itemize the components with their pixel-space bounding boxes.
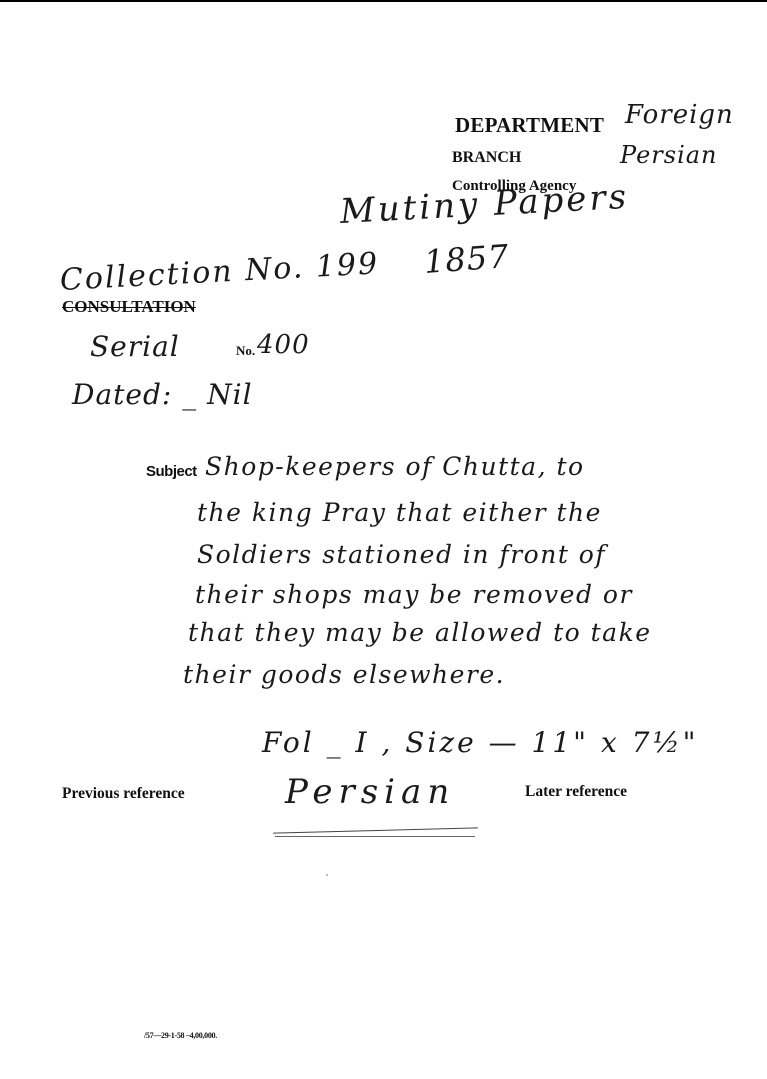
- scan-speck: [326, 874, 328, 876]
- folio-size: Fol _ I , Size — 11" x 7½": [262, 726, 698, 759]
- department-value: Foreign: [625, 100, 734, 130]
- subject-line: Soldiers stationed in front of: [197, 540, 606, 569]
- footer-print-code: /57—29-1-58 –4,00,000.: [144, 1031, 217, 1040]
- serial-no-label: No.: [236, 343, 255, 359]
- year-value: 1857: [423, 237, 511, 281]
- top-border: [0, 0, 767, 2]
- consultation-label: CONSULTATION: [62, 297, 196, 317]
- language-underline: [273, 827, 478, 833]
- collection-number: Collection No. 199: [59, 246, 380, 298]
- subject-label: Subject: [146, 463, 197, 480]
- subject-line: their goods elsewhere.: [183, 660, 505, 689]
- later-reference-label: Later reference: [525, 783, 627, 801]
- language-value: Persian: [285, 772, 455, 812]
- subject-line: their shops may be removed or: [195, 580, 633, 609]
- subject-line: Shop-keepers of Chutta, to: [205, 452, 585, 481]
- department-label: DEPARTMENT: [455, 113, 604, 138]
- serial-label-handwritten: Serial: [90, 330, 180, 363]
- branch-value: Persian: [620, 141, 718, 169]
- previous-reference-label: Previous reference: [62, 785, 185, 803]
- subject-line: that they may be allowed to take: [188, 618, 652, 647]
- controlling-agency-value: Mutiny Papers: [339, 177, 630, 232]
- language-underline-second: [275, 836, 475, 837]
- dated-value: Dated: _ Nil: [72, 378, 253, 411]
- branch-label: BRANCH: [452, 149, 521, 167]
- subject-line: the king Pray that either the: [197, 498, 602, 527]
- serial-no-value: 400: [257, 330, 310, 360]
